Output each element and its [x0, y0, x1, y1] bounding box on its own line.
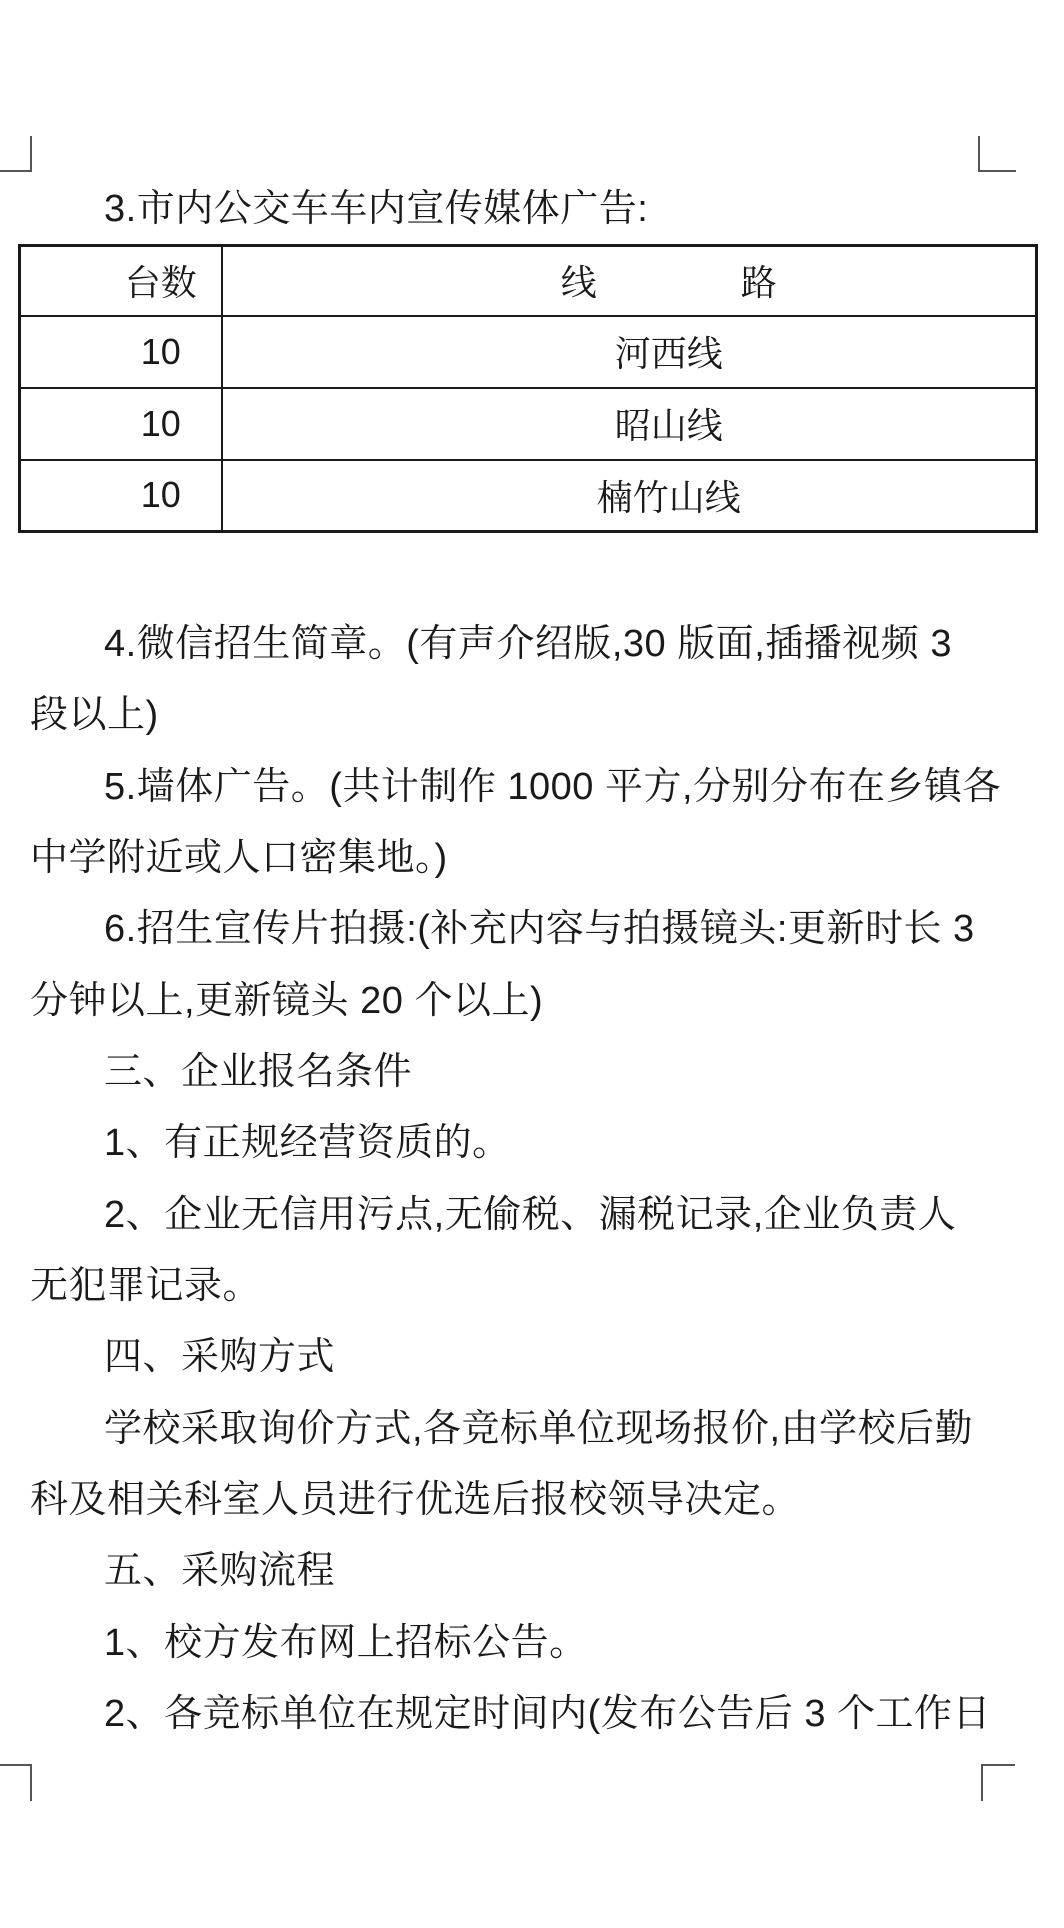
paragraph-line: 6.招生宣传片拍摄:(补充内容与拍摄镜头:更新时长 3 — [30, 894, 1010, 965]
route-cell: 楠竹山线 — [222, 460, 1037, 532]
units-cell: 10 — [20, 316, 222, 388]
paragraph-line: 2、企业无信用污点,无偷税、漏税记录,企业负责人 — [30, 1180, 1010, 1251]
paragraph-line: 学校采取询价方式,各竞标单位现场报价,由学校后勤 — [30, 1394, 1010, 1465]
paragraph-line: 科及相关科室人员进行优选后报校领导决定。 — [30, 1465, 1010, 1536]
column-header-route: 线 路 — [222, 246, 1037, 316]
paragraph-line: 2、各竞标单位在规定时间内(发布公告后 3 个工作日 — [30, 1679, 1010, 1750]
document-page: 3.市内公交车车内宣传媒体广告: 台数 线 路 10 河西线 10 昭山线 10… — [0, 0, 1064, 1928]
units-cell: 10 — [20, 460, 222, 532]
units-cell: 10 — [20, 388, 222, 460]
route-cell: 河西线 — [222, 316, 1037, 388]
crop-mark-top-left — [0, 136, 32, 172]
route-cell: 昭山线 — [222, 388, 1037, 460]
crop-mark-bottom-right — [981, 1764, 1015, 1801]
paragraph-line: 分钟以上,更新镜头 20 个以上) — [30, 966, 1010, 1037]
section-title-line: 三、企业报名条件 — [30, 1037, 1010, 1108]
table-row: 10 河西线 — [20, 316, 1037, 388]
column-header-units: 台数 — [20, 246, 222, 316]
table-row: 10 昭山线 — [20, 388, 1037, 460]
paragraph-line: 段以上) — [30, 680, 1010, 751]
body-text-block: 4.微信招生简章。(有声介绍版,30 版面,插播视频 3 段以上) 5.墙体广告… — [30, 609, 1010, 1750]
table-row: 10 楠竹山线 — [20, 460, 1037, 532]
section-heading: 3.市内公交车车内宣传媒体广告: — [30, 184, 1010, 234]
paragraph-line: 无犯罪记录。 — [30, 1251, 1010, 1322]
paragraph-line: 4.微信招生简章。(有声介绍版,30 版面,插播视频 3 — [30, 609, 1010, 680]
table-header-row: 台数 线 路 — [20, 246, 1037, 316]
crop-mark-top-right — [978, 136, 1016, 172]
paragraph-line: 中学附近或人口密集地。) — [30, 823, 1010, 894]
paragraph-line: 1、有正规经营资质的。 — [30, 1108, 1010, 1179]
section-title-line: 五、采购流程 — [30, 1536, 1010, 1607]
crop-mark-bottom-left — [0, 1764, 32, 1801]
section-title-line: 四、采购方式 — [30, 1322, 1010, 1393]
paragraph-line: 5.墙体广告。(共计制作 1000 平方,分别分布在乡镇各 — [30, 752, 1010, 823]
paragraph-line: 1、校方发布网上招标公告。 — [30, 1608, 1010, 1679]
bus-routes-table: 台数 线 路 10 河西线 10 昭山线 10 楠竹山线 — [18, 244, 1038, 533]
